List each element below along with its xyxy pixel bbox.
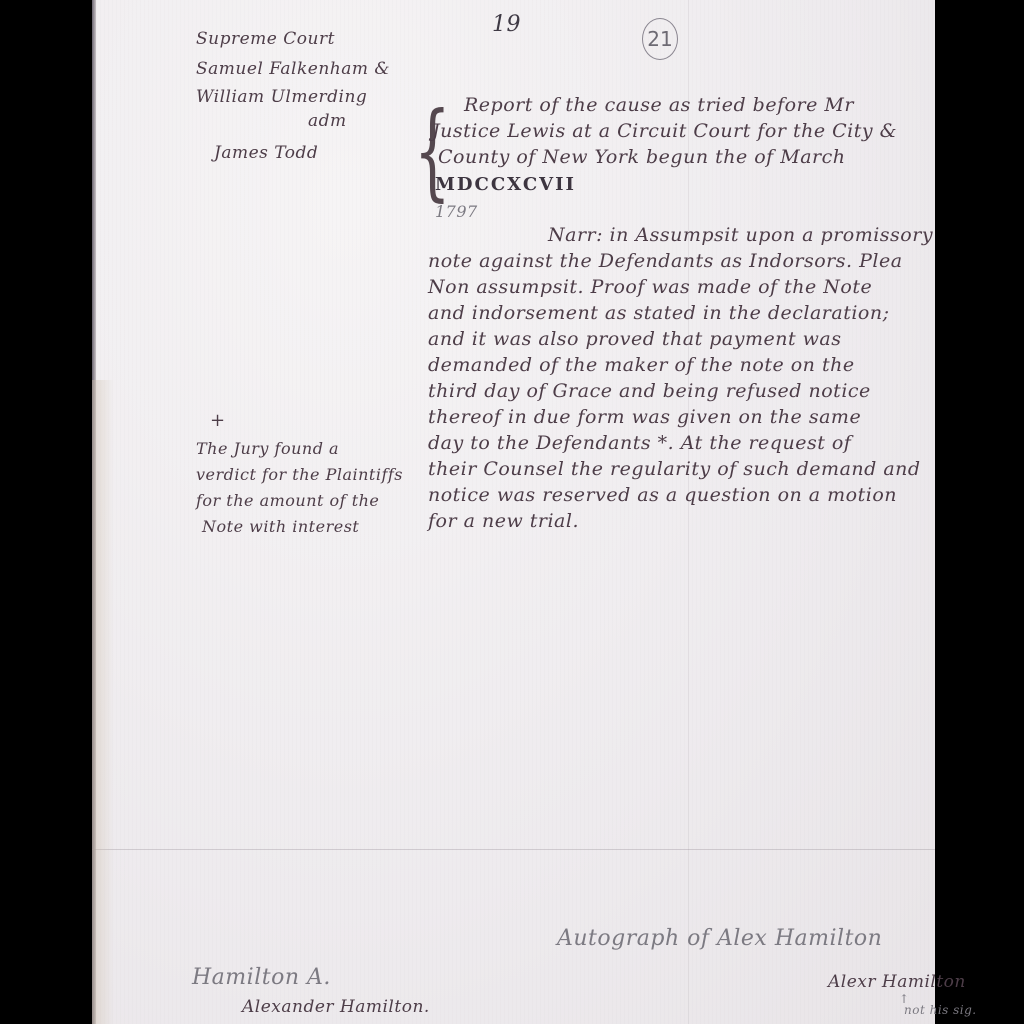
body-line-2: note against the Defendants as Indorsors… <box>428 248 921 274</box>
body-line-8: thereof in due form was given on the sam… <box>428 404 921 430</box>
report-line-1: Report of the cause as tried before Mr <box>464 92 929 118</box>
autograph-pencil-note: Autograph of Alex Hamilton <box>557 926 882 951</box>
caption-plaintiff-1: Samuel Falkenham & <box>196 58 390 80</box>
body-line-12: for a new trial. <box>428 508 921 534</box>
report-line-3: County of New York begun the of March <box>438 144 903 170</box>
year-roman-numeral: MDCCXCVII <box>435 174 576 195</box>
margin-line-2: verdict for the Plaintiffs <box>196 462 403 488</box>
body-line-6: demanded of the maker of the note on the <box>428 352 921 378</box>
manuscript-page: 19 21 Supreme Court Samuel Falkenham & W… <box>92 0 935 1024</box>
bottom-left-alexander-hamilton: Alexander Hamilton. <box>242 997 430 1017</box>
body-line-4: and indorsement as stated in the declara… <box>428 300 921 326</box>
margin-line-1: The Jury found a <box>196 436 403 462</box>
report-heading: Report of the cause as tried before Mr J… <box>432 92 897 170</box>
folio-number: 19 <box>492 12 521 37</box>
case-caption: Supreme Court Samuel Falkenham & William… <box>196 28 390 138</box>
circled-page-number: 21 <box>642 18 678 60</box>
caption-court: Supreme Court <box>196 28 390 50</box>
margin-line-3: for the amount of the <box>196 488 403 514</box>
body-line-10: their Counsel the regularity of such dem… <box>428 456 921 482</box>
report-line-2: Justice Lewis at a Circuit Court for the… <box>432 118 897 144</box>
caption-brace-icon: { <box>414 96 426 216</box>
margin-line-4: Note with interest <box>202 514 409 540</box>
body-line-9: day to the Defendants *. At the request … <box>428 430 921 456</box>
not-his-signature-note: not his sig. <box>904 1003 977 1017</box>
margin-cross-marker-icon: + <box>210 410 226 431</box>
body-line-5: and it was also proved that payment was <box>428 326 921 352</box>
fold-crease-horizontal <box>92 849 935 850</box>
margin-verdict-note: The Jury found a verdict for the Plainti… <box>196 436 403 540</box>
bottom-left-hamilton-note: Hamilton A. <box>192 965 331 990</box>
signature-alexr-hamilton: Alexr Hamilton <box>828 972 966 992</box>
year-arabic: 1797 <box>435 202 478 221</box>
caption-plaintiff-2: William Ulmerding <box>196 86 390 108</box>
body-line-1: Narr: in Assumpsit upon a promissory <box>548 222 1024 248</box>
body-line-3: Non assumpsit. Proof was made of the Not… <box>428 274 921 300</box>
caption-defendant: James Todd <box>214 142 408 164</box>
report-body: Narr: in Assumpsit upon a promissory not… <box>428 222 921 534</box>
body-line-7: third day of Grace and being refused not… <box>428 378 921 404</box>
body-line-11: notice was reserved as a question on a m… <box>428 482 921 508</box>
